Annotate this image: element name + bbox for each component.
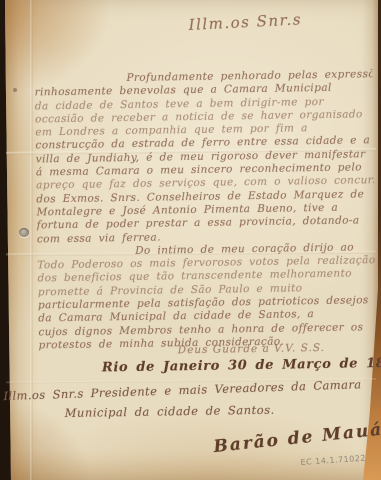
signature-barao-de-maua: Barão de Mauá [213,420,381,457]
letter-body: Profundamente penhorado pelas expressões… [34,68,376,355]
valediction: Deus Guarde a V.V. S.S. [178,342,325,356]
archive-reference-pencil-note: EC 14.1.71022 [300,454,366,467]
dateline: Rio de Janeiro 30 de Março de 1860. [102,356,381,376]
address-line: Municipal da cidade de Santos. [65,403,275,420]
manuscript-content: Illm.os Snr.s Profundamente penhorado pe… [0,0,381,480]
address-line: Illm.os Snr.s Presidente e mais Vereador… [3,377,361,403]
photo-of-letter: Illm.os Snr.s Profundamente penhorado pe… [0,0,381,480]
salutation: Illm.os Snr.s [188,10,302,34]
